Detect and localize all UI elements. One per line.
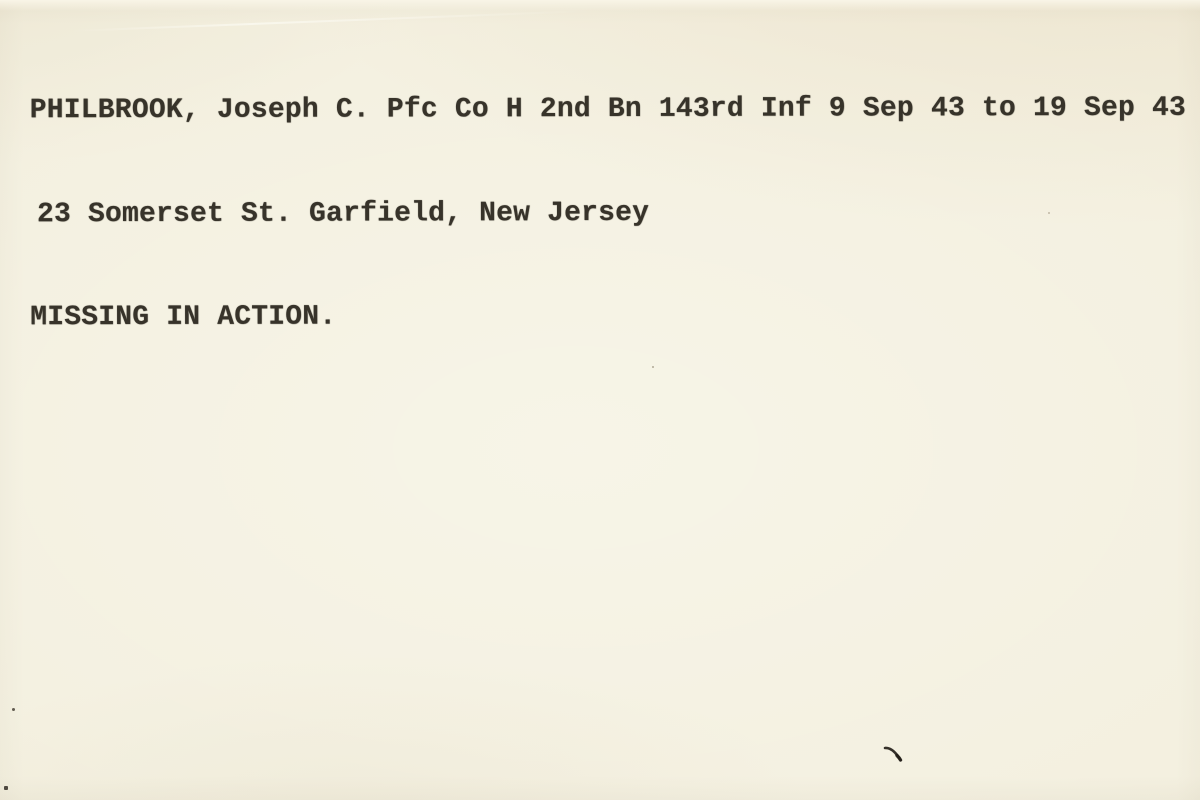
typed-text-block: PHILBROOK, Joseph C. Pfc Co H 2nd Bn 143… — [30, 23, 1187, 405]
paper-speck — [1048, 212, 1050, 214]
status-line: MISSING IN ACTION. — [30, 299, 1186, 336]
card-top-edge — [0, 0, 1200, 11]
index-card: PHILBROOK, Joseph C. Pfc Co H 2nd Bn 143… — [0, 0, 1200, 800]
paper-speck — [12, 708, 15, 711]
service-record-line: PHILBROOK, Joseph C. Pfc Co H 2nd Bn 143… — [30, 92, 1186, 129]
paper-speck — [652, 366, 654, 368]
address-line: 23 Somerset St. Garfield, New Jersey — [37, 195, 1186, 232]
paper-speck — [4, 786, 8, 790]
